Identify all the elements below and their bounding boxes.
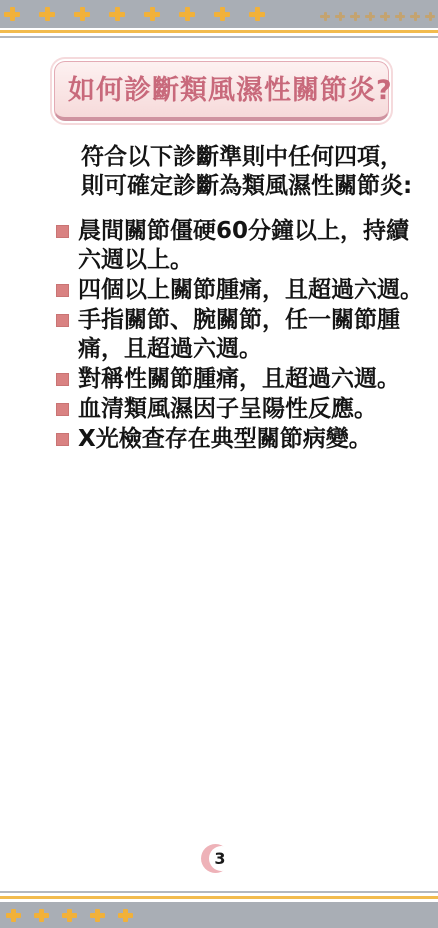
plus-icon [118, 909, 133, 922]
bullet-square-icon [56, 403, 69, 416]
criteria-line: 對稱性關節腫痛，且超過六週。 [78, 365, 400, 394]
plus-icon [320, 12, 330, 21]
list-item: 血清類風濕因子呈陽性反應。 [56, 395, 431, 424]
top-right-plus-row [320, 9, 435, 23]
plus-icon [214, 7, 230, 21]
list-item: X光檢查存在典型關節病變。 [56, 425, 431, 454]
title-box-inner: 如何診斷類風濕性關節炎? [54, 61, 389, 121]
top-gray-rule [0, 36, 438, 38]
plus-icon [34, 909, 49, 922]
criteria-text: 晨間關節僵硬60分鐘以上，持續 六週以上。 [78, 217, 409, 275]
plus-icon [109, 7, 125, 21]
criteria-text: X光檢查存在典型關節病變。 [78, 425, 372, 454]
plus-icon [335, 12, 345, 21]
list-item: 對稱性關節腫痛，且超過六週。 [56, 365, 431, 394]
criteria-line: 晨間關節僵硬60分鐘以上，持續 [78, 217, 409, 246]
plus-icon [249, 7, 265, 21]
criteria-line: 六週以上。 [78, 246, 409, 275]
criteria-text: 四個以上關節腫痛，且超過六週。 [78, 276, 423, 305]
criteria-line: 血清類風濕因子呈陽性反應。 [78, 395, 377, 424]
bullet-square-icon [56, 433, 69, 446]
plus-icon [62, 909, 77, 922]
plus-icon [39, 7, 55, 21]
criteria-line: 四個以上關節腫痛，且超過六週。 [78, 276, 423, 305]
pamphlet-page: 如何診斷類風濕性關節炎? 符合以下診斷準則中任何四項， 則可確定診斷為類風濕性關… [0, 0, 438, 928]
bottom-left-plus-row [6, 902, 133, 928]
page-number: 3 [211, 849, 229, 868]
intro-line-1: 符合以下診斷準則中任何四項， [81, 143, 411, 172]
top-left-plus-row [4, 0, 265, 28]
criteria-line: 痛，且超過六週。 [78, 335, 400, 364]
page-number-badge: 3 [201, 844, 231, 874]
plus-icon [4, 7, 20, 21]
criteria-text: 血清類風濕因子呈陽性反應。 [78, 395, 377, 424]
plus-icon [144, 7, 160, 21]
list-item: 手指關節、腕關節，任一關節腫 痛，且超過六週。 [56, 306, 431, 364]
criteria-line: 手指關節、腕關節，任一關節腫 [78, 306, 400, 335]
bullet-square-icon [56, 225, 69, 238]
plus-icon [350, 12, 360, 21]
bullet-square-icon [56, 284, 69, 297]
bullet-square-icon [56, 373, 69, 386]
plus-icon [425, 12, 435, 21]
list-item: 四個以上關節腫痛，且超過六週。 [56, 276, 431, 305]
bottom-gray-rule [0, 891, 438, 893]
plus-icon [179, 7, 195, 21]
intro-paragraph: 符合以下診斷準則中任何四項， 則可確定診斷為類風濕性關節炎: [81, 143, 411, 201]
criteria-line: X光檢查存在典型關節病變。 [78, 425, 372, 454]
bullet-square-icon [56, 314, 69, 327]
criteria-list: 晨間關節僵硬60分鐘以上，持續 六週以上。 四個以上關節腫痛，且超過六週。 手指… [56, 217, 431, 455]
intro-line-2: 則可確定診斷為類風濕性關節炎: [81, 172, 411, 201]
plus-icon [365, 12, 375, 21]
top-yellow-rule [0, 30, 438, 33]
plus-icon [90, 909, 105, 922]
page-title: 如何診斷類風濕性關節炎? [68, 68, 393, 107]
top-decor-band [0, 0, 438, 28]
plus-icon [395, 12, 405, 21]
bottom-yellow-rule [0, 896, 438, 899]
bottom-decor-band [0, 902, 438, 928]
criteria-text: 手指關節、腕關節，任一關節腫 痛，且超過六週。 [78, 306, 400, 364]
plus-icon [74, 7, 90, 21]
list-item: 晨間關節僵硬60分鐘以上，持續 六週以上。 [56, 217, 431, 275]
plus-icon [380, 12, 390, 21]
plus-icon [410, 12, 420, 21]
criteria-text: 對稱性關節腫痛，且超過六週。 [78, 365, 400, 394]
plus-icon [6, 909, 21, 922]
title-box: 如何診斷類風濕性關節炎? [50, 57, 393, 125]
